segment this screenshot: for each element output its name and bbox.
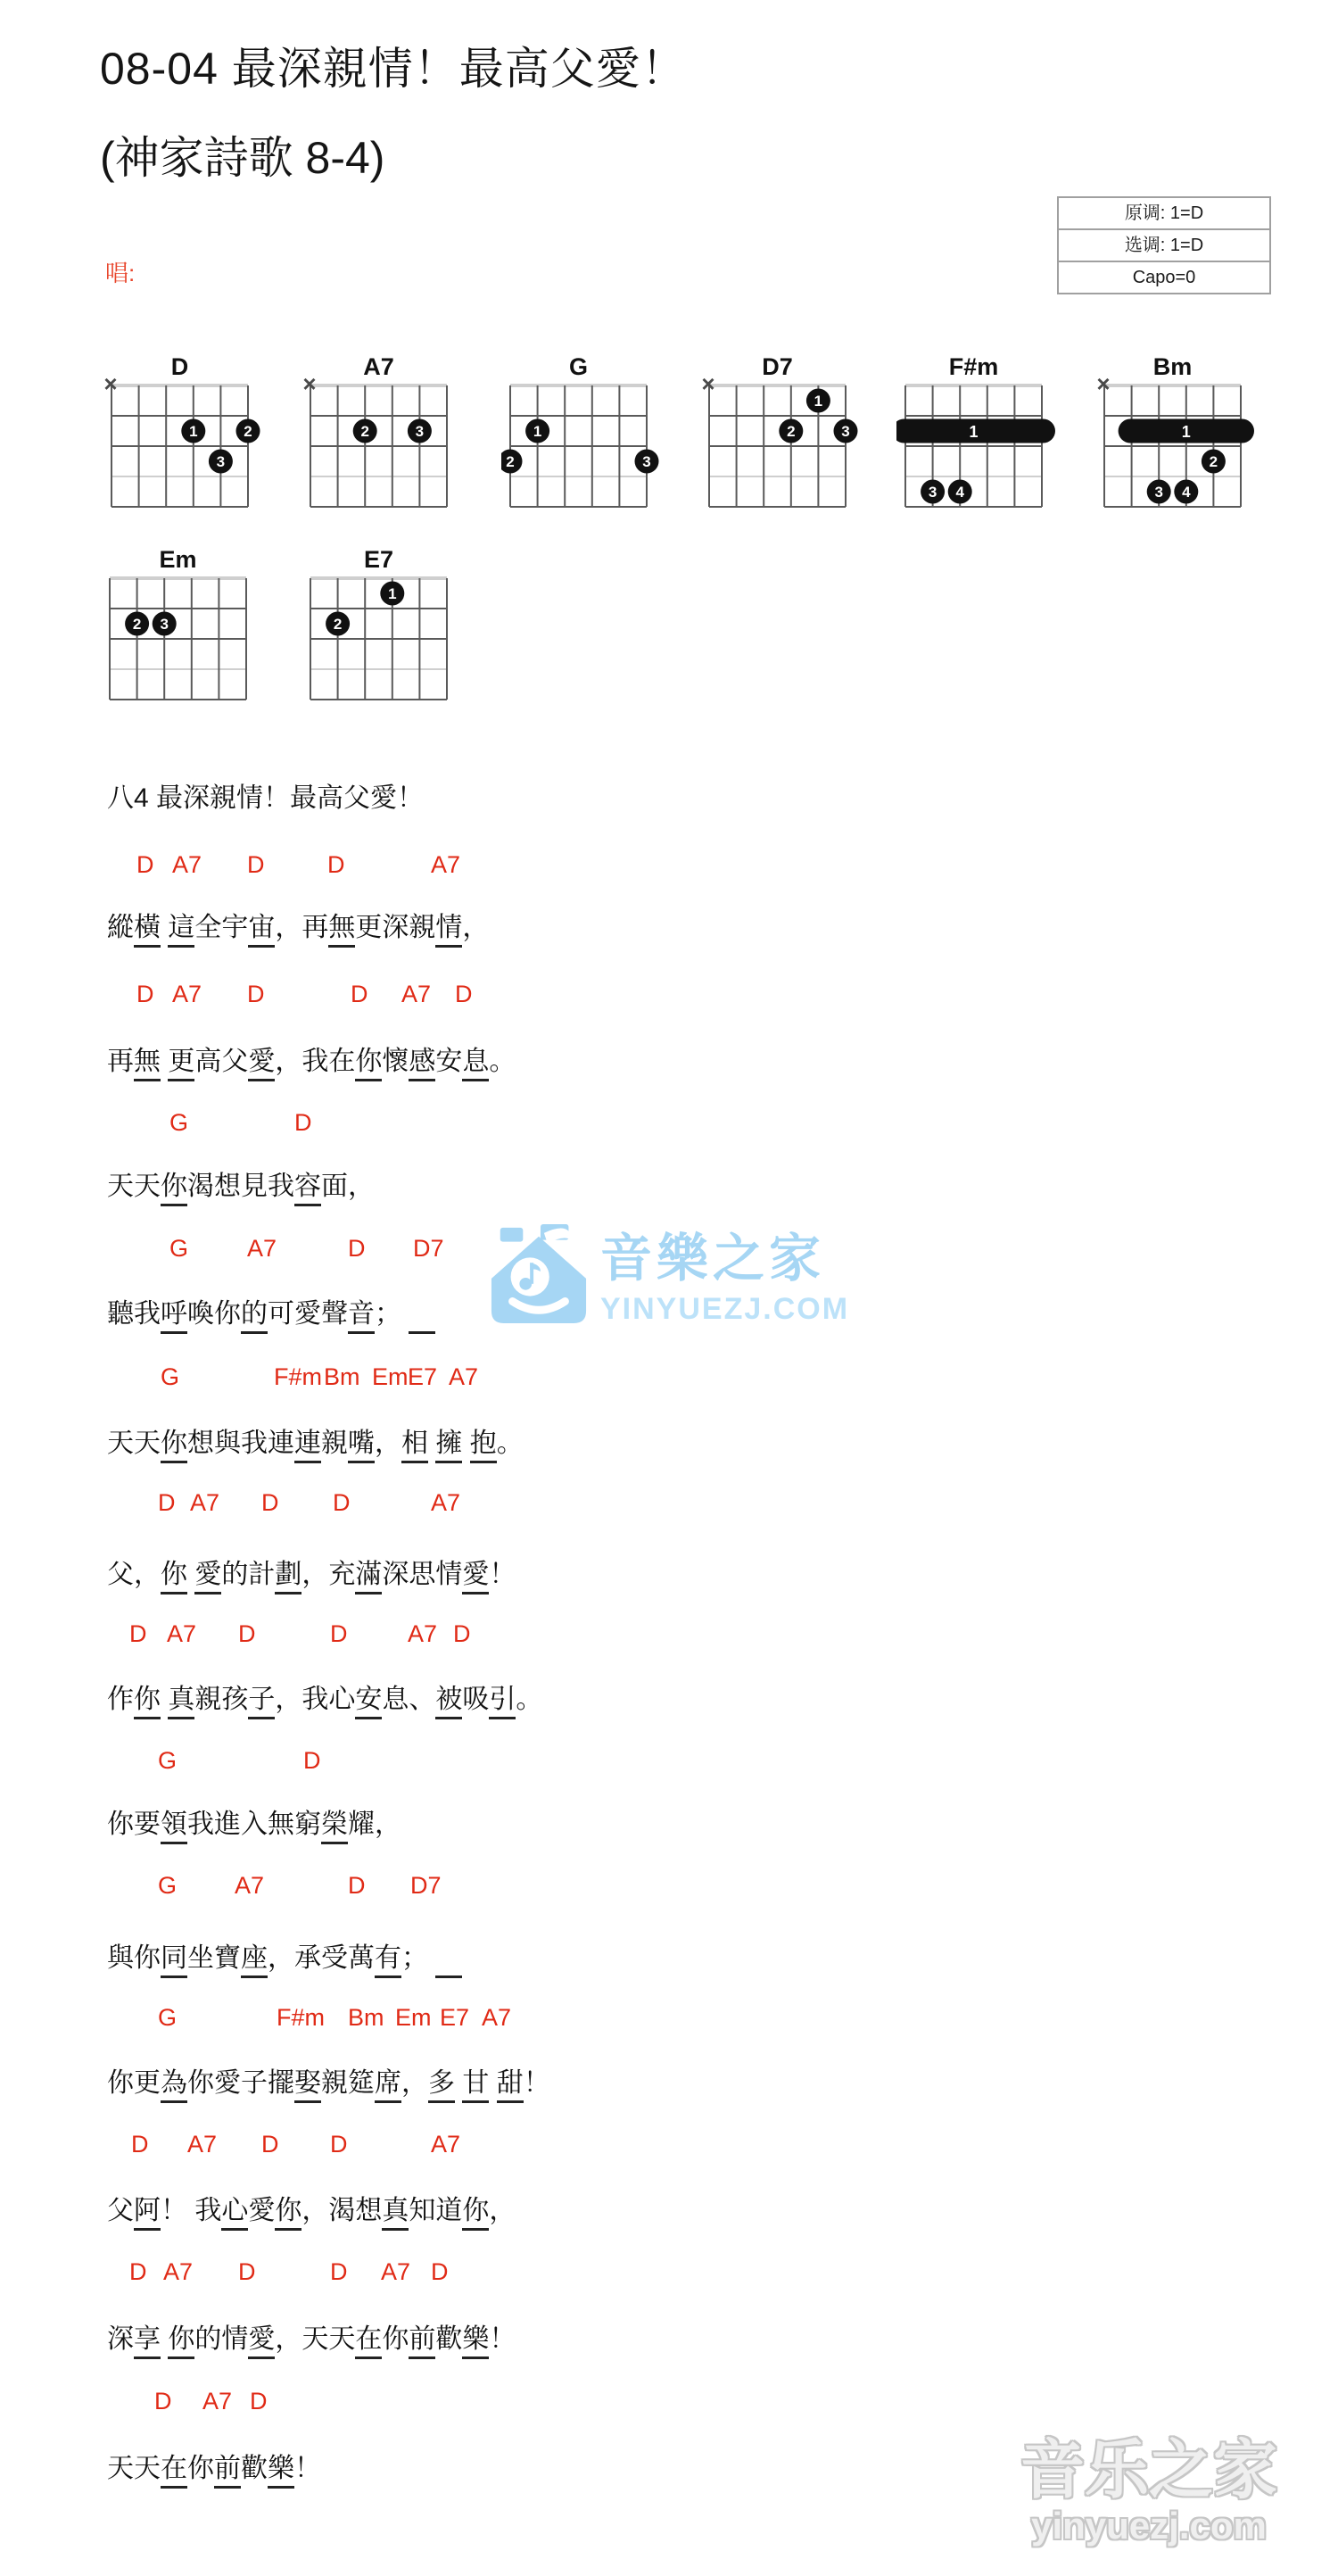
lyric-line: 再無 更高父愛，我在你懷感安息。	[107, 1045, 516, 1079]
corner-watermark-cn: 音乐之家	[988, 2438, 1309, 2506]
chord-symbol: Em	[395, 2006, 432, 2030]
chord-symbol: D	[330, 1622, 348, 1646]
svg-text:Bm: Bm	[1153, 353, 1193, 380]
lyric-text: 你更	[107, 2068, 161, 2098]
lyric-text: 親	[321, 1429, 348, 1458]
chord-symbol: D	[261, 2133, 279, 2157]
chord-diagram-D7: D7×123	[700, 348, 861, 524]
lyric-text: 親孩	[194, 1685, 248, 1714]
lyric-text: 。	[497, 1429, 524, 1458]
chord-symbol: G	[169, 1237, 188, 1261]
chord-symbol: D	[250, 2390, 268, 2414]
chord-symbol: F#m	[277, 2006, 325, 2030]
lyric-underlined: 抱	[470, 1429, 497, 1463]
lyric-text: ！	[489, 1560, 516, 1589]
lyric-text: 。	[516, 1685, 542, 1714]
chord-line: GD	[0, 1111, 1338, 1139]
chord-symbol: A7	[235, 1874, 264, 1898]
chord-diagram-A7: A7×23	[301, 348, 462, 524]
chord-symbol: Em	[372, 1365, 409, 1389]
chord-line: DA7DDA7D	[0, 1622, 1338, 1651]
svg-text:Em: Em	[159, 546, 196, 573]
lyric-underlined: 多	[428, 2068, 455, 2103]
lyric-underlined: 同	[161, 1943, 187, 1978]
lyric-underlined: 愛	[462, 1560, 489, 1594]
chord-diagram-G: G123	[501, 348, 662, 524]
lyric-underlined: 嘴	[348, 1429, 375, 1463]
svg-text:2: 2	[506, 453, 514, 470]
chord-symbol: A7	[408, 1622, 437, 1646]
lyric-text: ！	[294, 2454, 321, 2483]
lyric-text: 可愛聲	[268, 1299, 348, 1329]
lyric-underlined	[435, 1943, 462, 1978]
lyric-text: 你	[187, 2454, 214, 2483]
chord-symbol: A7	[172, 853, 202, 877]
lyric-text: 吸	[462, 1685, 489, 1714]
chord-symbol: D	[333, 1491, 351, 1515]
svg-text:×: ×	[1096, 370, 1110, 397]
chord-line: DA7DDA7	[0, 2133, 1338, 2161]
chord-line: DA7DDA7D	[0, 982, 1338, 1011]
chord-symbol: D	[238, 2260, 256, 2284]
lyric-underlined: 在	[355, 2324, 382, 2359]
chord-symbol: G	[158, 1874, 177, 1898]
lyric-underlined: 擁	[435, 1429, 462, 1463]
lyric-text: ，充	[301, 1560, 355, 1589]
lyric-underlined: 你	[462, 2196, 489, 2231]
lyric-text: 耀，	[348, 1810, 401, 1839]
chord-symbol: D7	[413, 1237, 444, 1261]
svg-text:2: 2	[360, 423, 368, 440]
lyric-underlined: 引	[489, 1685, 516, 1719]
lyric-text: 父	[107, 2196, 134, 2225]
lyric-underlined: 的	[241, 1299, 268, 1334]
lyric-underlined: 你	[161, 1172, 187, 1206]
lyric-underlined: 座	[241, 1943, 268, 1978]
chord-symbol: A7	[431, 2133, 460, 2157]
svg-text:1: 1	[969, 423, 978, 441]
chord-symbol: A7	[482, 2006, 511, 2030]
lyric-underlined: 愛	[248, 2324, 275, 2359]
lyric-underlined: 真	[382, 2196, 409, 2231]
lyric-underlined: 娶	[294, 2068, 321, 2103]
lyric-line: 父阿！ 我心愛你，渴想真知道你，	[107, 2194, 516, 2228]
lyric-underlined: 在	[161, 2454, 187, 2489]
lyric-text: 天天	[107, 1172, 161, 1201]
lyric-underlined: 無	[134, 1047, 161, 1081]
chord-symbol: D	[136, 982, 154, 1006]
chord-symbol: D	[129, 1622, 147, 1646]
svg-text:3: 3	[841, 423, 849, 440]
lyric-text: ，	[401, 2068, 428, 2098]
lyric-underlined: 你	[355, 1047, 382, 1081]
lyric-text: 我進入無窮	[187, 1810, 321, 1839]
key-info-box: 原调: 1=D 选调: 1=D Capo=0	[1057, 196, 1271, 294]
svg-text:E7: E7	[364, 546, 393, 573]
lyric-text: ，天天	[275, 2324, 355, 2354]
lyric-text: 深思情	[382, 1560, 462, 1589]
lyric-underlined: 劃	[275, 1560, 301, 1594]
chord-symbol: D	[351, 982, 368, 1006]
lyric-text: 的計	[221, 1560, 275, 1589]
lyric-underlined: 感	[409, 1047, 435, 1081]
chord-symbol: F#m	[274, 1365, 322, 1389]
lyric-text: 息、	[382, 1685, 435, 1714]
chord-symbol: D	[330, 2133, 348, 2157]
chord-symbol: A7	[202, 2390, 232, 2414]
lyric-underlined: 你	[134, 1685, 161, 1719]
lyric-text: 。	[489, 1047, 516, 1076]
chord-symbol: D7	[410, 1874, 442, 1898]
svg-text:3: 3	[416, 423, 424, 440]
lyric-text	[489, 2068, 496, 2098]
chord-symbol: D	[303, 1749, 321, 1773]
svg-text:F#m: F#m	[949, 353, 999, 380]
lyric-underlined: 席	[375, 2068, 401, 2103]
lyric-text: 作	[107, 1685, 134, 1714]
lyric-text: ，	[489, 2196, 516, 2225]
chord-symbol: G	[161, 1365, 179, 1389]
lyric-text	[462, 1429, 469, 1458]
lyric-line: 八4 最深親情！最高父愛！	[107, 782, 424, 816]
svg-text:A7: A7	[363, 353, 394, 380]
svg-text:×: ×	[103, 370, 117, 397]
lyric-underlined: 情	[435, 913, 462, 948]
lyric-underlined: 滿	[355, 1560, 382, 1594]
chord-symbol: D	[431, 2260, 449, 2284]
lyric-underlined: 子	[248, 1685, 275, 1719]
lyric-text: 天天	[107, 2454, 161, 2483]
chord-symbol: A7	[431, 853, 460, 877]
lyric-underlined: 你	[168, 2324, 194, 2359]
lyric-text: ，再	[275, 913, 328, 942]
chord-symbol: D	[330, 2260, 348, 2284]
lyric-underlined: 你	[275, 2196, 301, 2231]
lyric-underlined: 容	[294, 1172, 321, 1206]
chord-symbol: D	[348, 1237, 366, 1261]
chord-symbol: E7	[440, 2006, 469, 2030]
chord-symbol: D	[131, 2133, 149, 2157]
svg-text:G: G	[569, 353, 588, 380]
lyric-text: 歡	[241, 2454, 268, 2483]
svg-text:2: 2	[1210, 453, 1218, 470]
lyric-text: 的情	[194, 2324, 248, 2354]
svg-text:4: 4	[1182, 484, 1191, 501]
chord-line: DA7DDA7	[0, 1491, 1338, 1520]
lyric-underlined: 安	[355, 1685, 382, 1719]
lyric-text: 懷	[382, 1047, 409, 1076]
lyric-text: 你愛子擺	[187, 2068, 294, 2098]
lyric-underlined: 相	[401, 1429, 428, 1463]
svg-text:3: 3	[217, 453, 225, 470]
selected-key-row: 选调: 1=D	[1057, 228, 1271, 262]
chord-diagram-D: D×123	[103, 348, 263, 524]
corner-watermark: 音乐之家 yinyuezj.com	[988, 2438, 1309, 2545]
svg-text:D: D	[171, 353, 189, 380]
lyric-text: ！	[524, 2068, 550, 2098]
original-key-row: 原调: 1=D	[1057, 196, 1271, 230]
chord-symbol: A7	[190, 1491, 219, 1515]
lyric-text: 再	[107, 1047, 134, 1076]
lyric-text: 歡	[435, 2324, 462, 2354]
chord-diagram-Fsm: F#m134	[896, 348, 1057, 524]
lyric-line: 深享 你的情愛，天天在你前歡樂！	[107, 2323, 516, 2357]
lyric-text: ，	[375, 1429, 401, 1458]
chord-line: DA7DDA7D	[0, 2260, 1338, 2289]
chord-symbol: D	[294, 1111, 312, 1135]
chord-line: DA7DDA7	[0, 853, 1338, 882]
lyric-text: ；	[375, 1299, 401, 1329]
svg-text:3: 3	[160, 616, 168, 633]
lyric-underlined	[409, 1299, 435, 1334]
svg-text:3: 3	[929, 484, 937, 501]
lyric-underlined: 橫	[134, 913, 161, 948]
chord-symbol: A7	[172, 982, 202, 1006]
lyric-underlined: 更	[168, 1047, 194, 1081]
lyric-text: 親筵	[321, 2068, 375, 2098]
chord-symbol: E7	[408, 1365, 437, 1389]
lyric-text: ，承受萬	[268, 1943, 375, 1973]
center-watermark-url: YINYUEZJ.COM	[600, 1294, 849, 1324]
chord-symbol: Bm	[324, 1365, 360, 1389]
lyric-underlined: 阿	[134, 2196, 161, 2231]
lyric-text: ，我在	[275, 1047, 355, 1076]
lyric-underlined: 呼	[161, 1299, 187, 1334]
lyric-underlined: 真	[168, 1685, 194, 1719]
lyric-text: 深	[107, 2324, 134, 2354]
lyric-underlined: 連	[294, 1429, 321, 1463]
lyric-text: 聽我	[107, 1299, 161, 1329]
lyric-underlined: 你	[161, 1429, 187, 1463]
chord-symbol: G	[158, 2006, 177, 2030]
lyric-underlined: 被	[435, 1685, 462, 1719]
lyric-text: 與你	[107, 1943, 161, 1973]
lyric-underlined: 心	[221, 2196, 248, 2231]
chord-symbol: A7	[167, 1622, 196, 1646]
chord-symbol: A7	[381, 2260, 410, 2284]
chord-symbol: A7	[431, 1491, 460, 1515]
chord-line: GF#mBmEmE7A7	[0, 2006, 1338, 2034]
lyric-line: 與你同坐寶座，承受萬有；	[107, 1942, 462, 1975]
chord-line: GD	[0, 1749, 1338, 1777]
chord-symbol: A7	[163, 2260, 193, 2284]
chord-symbol: G	[169, 1111, 188, 1135]
svg-text:2: 2	[334, 616, 342, 633]
lyric-underlined: 你	[161, 1560, 187, 1594]
lyric-text: 高父	[194, 1047, 248, 1076]
lyric-underlined: 享	[134, 2324, 161, 2359]
svg-text:2: 2	[787, 423, 795, 440]
chord-diagram-Em: Em23	[101, 541, 261, 716]
svg-text:3: 3	[642, 453, 650, 470]
chord-symbol: D	[154, 2390, 172, 2414]
lyric-text: ，渴想	[301, 2196, 382, 2225]
svg-text:×: ×	[701, 370, 714, 397]
lyric-text: 想與我連	[187, 1429, 294, 1458]
lyric-text: 父，	[107, 1560, 161, 1589]
lyric-text: 更深親	[355, 913, 435, 942]
chord-symbol: A7	[247, 1237, 277, 1261]
lyric-underlined: 愛	[248, 1047, 275, 1081]
svg-text:1: 1	[533, 423, 541, 440]
lyric-text: ！ 我	[161, 2196, 221, 2225]
page-subtitle: (神家詩歌 8-4)	[100, 136, 384, 180]
lyric-underlined: 為	[161, 2068, 187, 2103]
chord-line: GF#mBmEmE7A7	[0, 1365, 1338, 1394]
chord-symbol: D	[158, 1491, 176, 1515]
lyric-line: 作你 真親孩子，我心安息、被吸引。	[107, 1683, 542, 1717]
lyric-underlined: 甜	[497, 2068, 524, 2103]
sing-label: 唱:	[105, 255, 135, 288]
lyric-underlined: 無	[328, 913, 355, 948]
lyric-underlined: 有	[375, 1943, 401, 1978]
chord-symbol: D	[247, 853, 265, 877]
svg-text:1: 1	[388, 585, 396, 602]
lyric-text: 知道	[409, 2196, 462, 2225]
lyric-text: 你要	[107, 1810, 161, 1839]
lyric-text: 面，	[321, 1172, 375, 1201]
lyric-text: 安	[435, 1047, 462, 1076]
lyric-text: 你	[382, 2324, 409, 2354]
svg-text:4: 4	[955, 484, 964, 501]
chord-symbol: D	[453, 1622, 471, 1646]
lyric-text: 天天	[107, 1429, 161, 1458]
lyric-underlined: 領	[161, 1810, 187, 1844]
lyric-underlined: 宙	[248, 913, 275, 948]
lyric-text: 縱	[107, 913, 134, 942]
lyric-underlined: 榮	[321, 1810, 348, 1844]
capo-row: Capo=0	[1057, 261, 1271, 294]
chord-symbol: D	[261, 1491, 279, 1515]
chord-diagram-Bm: Bm×1234	[1095, 348, 1256, 524]
lyric-text: 愛	[248, 2196, 275, 2225]
chord-sheet-page: 08-04 最深親情！最高父愛！ (神家詩歌 8-4) 原调: 1=D 选调: …	[0, 0, 1338, 2576]
lyric-line: 你更為你愛子擺娶親筵席，多 甘 甜！	[107, 2067, 550, 2100]
lyric-underlined: 愛	[194, 1560, 221, 1594]
svg-text:×: ×	[302, 370, 316, 397]
svg-text:2: 2	[133, 616, 141, 633]
corner-watermark-url: yinyuezj.com	[988, 2507, 1309, 2545]
lyric-text: ，	[462, 913, 489, 942]
page-title: 08-04 最深親情！最高父愛！	[100, 46, 687, 91]
chord-symbol: A7	[187, 2133, 217, 2157]
lyric-line: 縱橫 這全宇宙，再無更深親情，	[107, 911, 489, 945]
svg-text:1: 1	[1182, 423, 1191, 441]
lyric-line: 天天你想與我連連親嘴，相 擁 抱。	[107, 1427, 524, 1461]
svg-text:1: 1	[814, 393, 822, 410]
lyric-text: 渴想見我	[187, 1172, 294, 1201]
lyric-text: ；	[401, 1943, 428, 1973]
chord-line: DA7D	[0, 2390, 1338, 2418]
lyric-underlined: 甘	[462, 2068, 489, 2103]
chord-symbol: D	[327, 853, 345, 877]
lyric-text: ，我心	[275, 1685, 355, 1714]
chord-symbol: D	[238, 1622, 256, 1646]
svg-text:2: 2	[244, 423, 252, 440]
svg-text:1: 1	[189, 423, 197, 440]
lyric-text: 全宇	[194, 913, 248, 942]
chord-symbol: G	[158, 1749, 177, 1773]
chord-line: GA7DD7	[0, 1237, 1338, 1265]
chord-diagram-E7: E712	[301, 541, 462, 716]
lyric-underlined: 這	[168, 913, 194, 948]
lyric-text: 喚你	[187, 1299, 241, 1329]
svg-text:3: 3	[1154, 484, 1162, 501]
chord-symbol: D	[247, 982, 265, 1006]
lyric-underlined: 樂	[268, 2454, 294, 2489]
lyric-line: 聽我呼喚你的可愛聲音；	[107, 1297, 435, 1331]
lyric-line: 天天在你前歡樂！	[107, 2452, 321, 2486]
chord-symbol: D	[136, 853, 154, 877]
svg-text:D7: D7	[762, 353, 793, 380]
lyric-text: 八4 最深親情！最高父愛！	[107, 783, 424, 813]
lyric-underlined: 音	[348, 1299, 375, 1334]
chord-line: GA7DD7	[0, 1874, 1338, 1902]
lyric-text: 坐寶	[187, 1943, 241, 1973]
chord-symbol: A7	[401, 982, 431, 1006]
lyric-underlined: 前	[214, 2454, 241, 2489]
lyric-underlined: 息	[462, 1047, 489, 1081]
chord-symbol: D	[348, 1874, 366, 1898]
lyric-text: ！	[489, 2324, 516, 2354]
chord-symbol: Bm	[348, 2006, 384, 2030]
lyric-underlined: 前	[409, 2324, 435, 2359]
chord-symbol: A7	[449, 1365, 478, 1389]
lyric-line: 你要領我進入無窮榮耀，	[107, 1808, 401, 1842]
lyric-underlined: 樂	[462, 2324, 489, 2359]
lyric-line: 父，你 愛的計劃，充滿深思情愛！	[107, 1558, 516, 1592]
chord-symbol: D	[455, 982, 473, 1006]
chord-symbol: D	[129, 2260, 147, 2284]
lyric-line: 天天你渴想見我容面，	[107, 1170, 375, 1204]
